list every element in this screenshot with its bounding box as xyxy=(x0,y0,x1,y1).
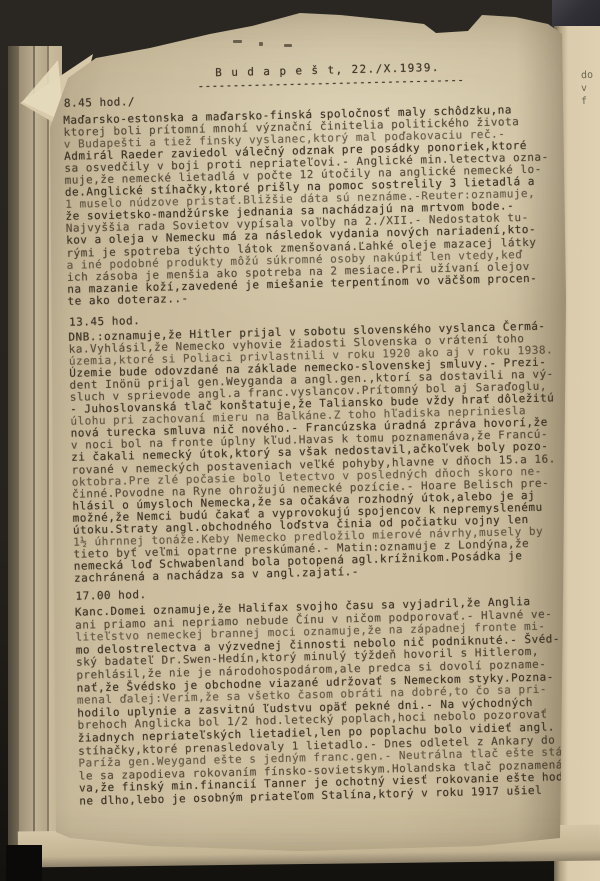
sheet-edge xyxy=(8,46,19,846)
adjacent-page-text-fragment: v xyxy=(581,83,587,94)
bleed-through-mark xyxy=(284,44,292,47)
document-sheet: B u d a p e š t, 22./X.1939. -----------… xyxy=(0,0,600,881)
scanned-document-screenshot: { "header": { "dateline": "B u d a p e š… xyxy=(0,0,600,881)
sheet-edge xyxy=(35,46,49,846)
bleed-through-mark xyxy=(233,40,242,43)
scan-artifact xyxy=(6,845,42,881)
paragraph-evening-report: Kanc.Domei oznamuje,že Halifax svojho ča… xyxy=(75,595,589,808)
time-heading: 8.45 hod./ xyxy=(64,95,136,110)
bleed-through-mark xyxy=(259,42,263,46)
adjacent-page-text-fragment: f xyxy=(581,96,587,107)
time-heading: 13.45 hod. xyxy=(69,314,141,329)
typed-text-block: B u d a p e š t, 22./X.1939. -----------… xyxy=(57,54,589,856)
paragraph-afternoon-report: DNB.:oznamuje,že Hitler prijal v sobotu … xyxy=(68,320,583,585)
paragraph-morning-report: Maďarsko-estonska a maďarsko-finská spol… xyxy=(63,103,576,308)
time-heading: 17.00 hod. xyxy=(75,588,147,603)
adjacent-page-text-fragment: do xyxy=(581,70,593,81)
sheet-edge xyxy=(19,46,35,846)
